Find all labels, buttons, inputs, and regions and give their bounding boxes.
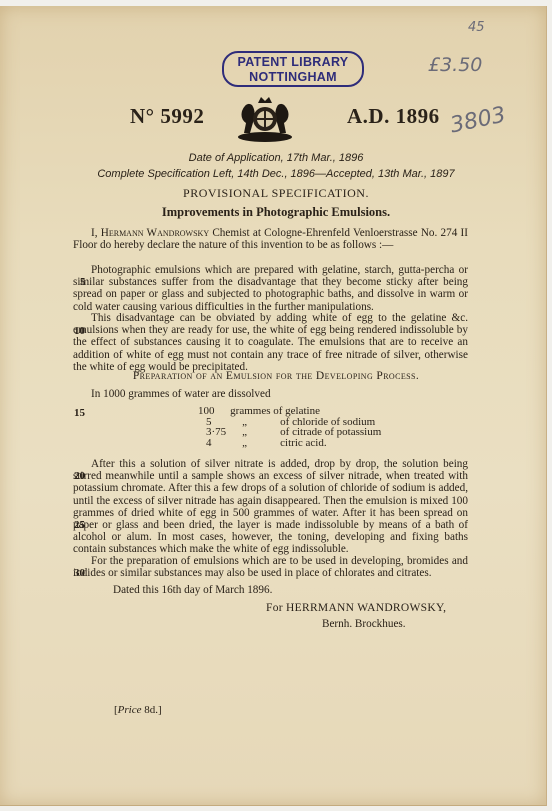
recipe-table: 100 grammes of gelatine 5 „ of chloride … bbox=[196, 406, 383, 448]
paragraph-4: For the preparation of emulsions which a… bbox=[73, 555, 468, 579]
line-number-10: 10 bbox=[74, 325, 85, 337]
paragraph-3: After this a solution of silver nitrate … bbox=[73, 458, 468, 556]
paragraph-1: Photographic emulsions which are prepare… bbox=[73, 264, 468, 313]
recipe-row: 4 „ citric acid. bbox=[196, 438, 383, 449]
application-date: Date of Application, 17th Mar., 1896 bbox=[0, 152, 552, 164]
stamp-line-2: NOTTINGHAM bbox=[224, 70, 362, 85]
specification-dates: Complete Specification Left, 14th Dec., … bbox=[0, 168, 552, 180]
paragraph-2: This disadvantage can be obviated by add… bbox=[73, 312, 468, 373]
intro-paragraph: I, Hermann Wandrowsky Chemist at Cologne… bbox=[73, 227, 468, 251]
specification-type: PROVISIONAL SPECIFICATION. bbox=[0, 186, 552, 201]
year: A.D. 1896 bbox=[347, 104, 440, 129]
line-number-5: 5 bbox=[80, 276, 86, 288]
line-number-20: 20 bbox=[74, 470, 85, 482]
inventor-name: Hermann Wandrowsky bbox=[101, 227, 209, 239]
signature-line-1: For HERRMANN WANDROWSKY, bbox=[266, 602, 446, 614]
recipe-row: 3·75 „ of citrade of potassium bbox=[196, 427, 383, 438]
patent-number: N° 5992 bbox=[130, 104, 204, 129]
royal-crest-icon bbox=[234, 91, 296, 143]
line-number-30: 30 bbox=[74, 567, 85, 579]
handwritten-number-top: 45 bbox=[468, 20, 485, 35]
document-title: Improvements in Photographic Emulsions. bbox=[0, 205, 552, 220]
stamp-line-1: PATENT LIBRARY bbox=[224, 55, 362, 70]
line-number-25: 25 bbox=[74, 519, 85, 531]
signature-line-2: Bernh. Brockhues. bbox=[322, 618, 406, 630]
line-number-15: 15 bbox=[74, 407, 85, 419]
handwritten-price-note: £3.50 bbox=[428, 54, 482, 76]
dated-line: Dated this 16th day of March 1896. bbox=[113, 584, 272, 596]
recipe-row: 100 grammes of gelatine bbox=[196, 406, 383, 417]
section-heading: Preparation of an Emulsion for the Devel… bbox=[0, 370, 552, 382]
recipe-intro: In 1000 grammes of water are dissolved bbox=[91, 388, 271, 400]
price-note: [Price 8d.] bbox=[114, 704, 162, 716]
patent-library-stamp: PATENT LIBRARY NOTTINGHAM bbox=[222, 51, 364, 87]
